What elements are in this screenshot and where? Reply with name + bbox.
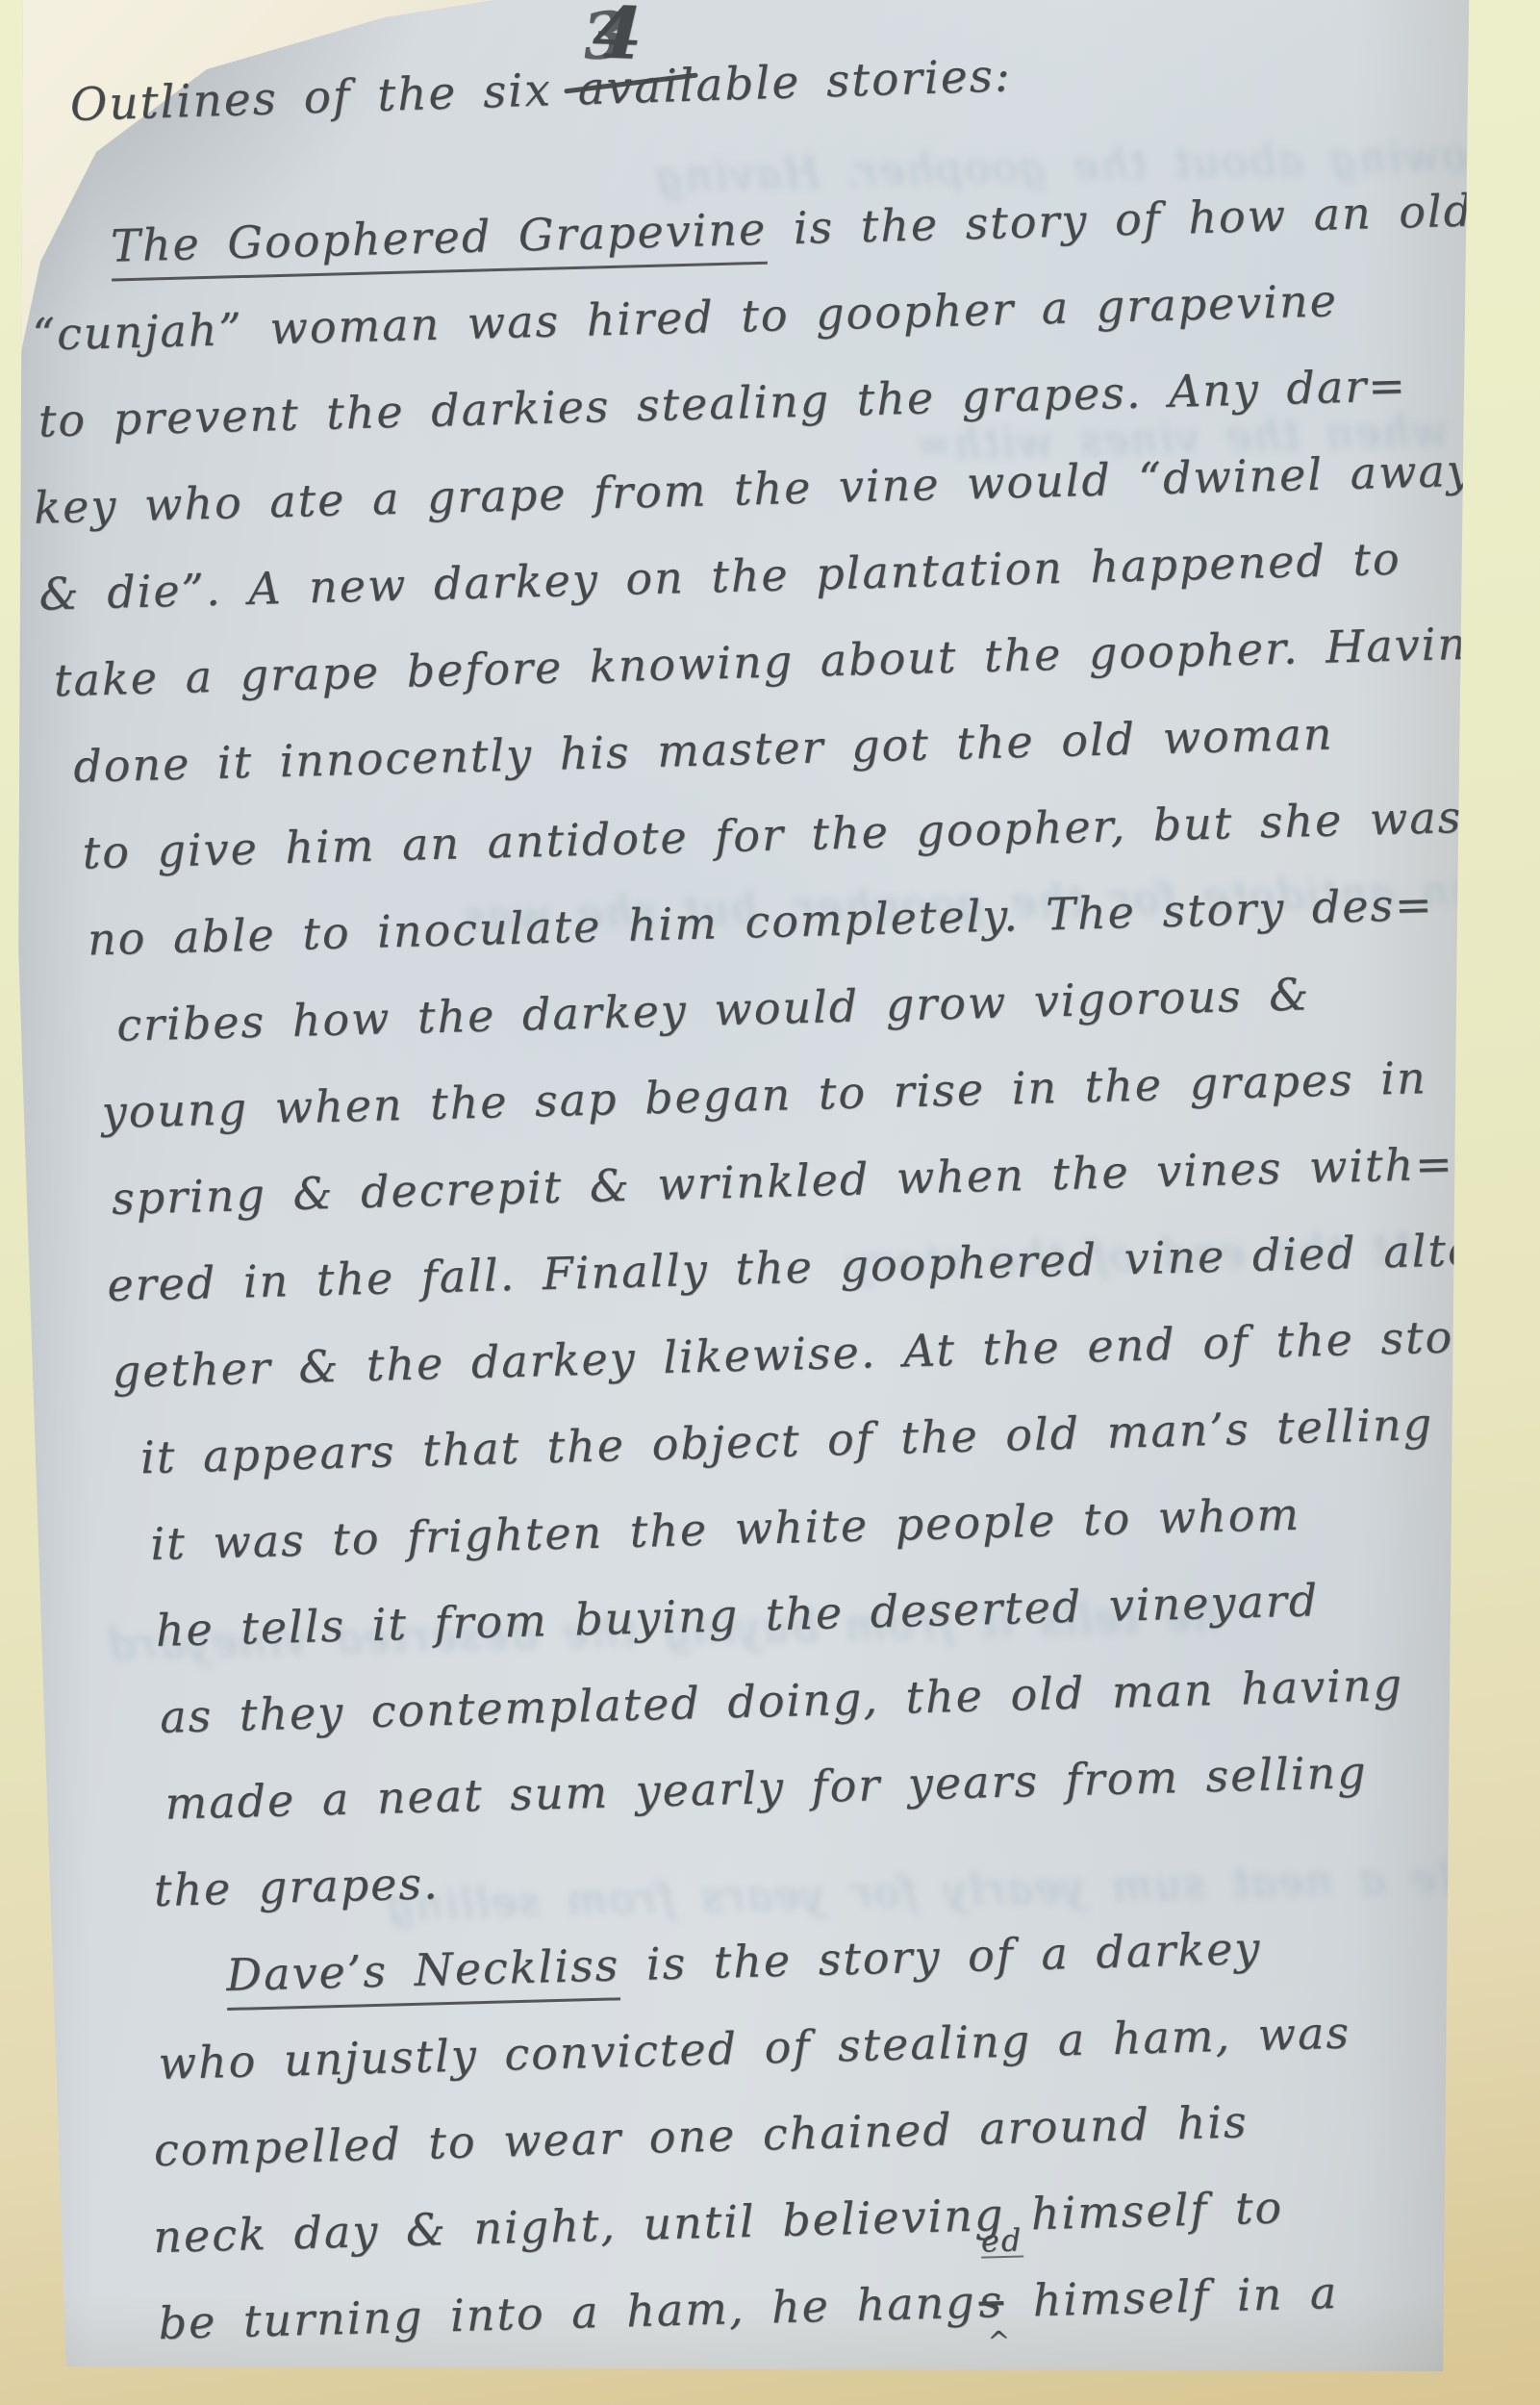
line-text: be turning into a ham, he hang (158, 2276, 976, 2349)
story-title: The Goophered Grapevine (110, 203, 768, 282)
photograph-background: take a grape before knowing about the go… (0, 0, 1540, 2405)
line-text: neck day & night, until believing himsel… (153, 2181, 1284, 2263)
line-text: “cunjah” woman was hired to goopher a gr… (32, 274, 1339, 361)
line-text: it was to frighten the white people to w… (150, 1488, 1301, 1570)
line-text: himself in a (1005, 2266, 1338, 2327)
manuscript-body: The Goophered Grapevine is the story of … (0, 165, 1540, 2369)
line-text: who unjustly convicted of stealing a ham… (158, 2006, 1351, 2089)
line-text: done it innocently his master got the ol… (73, 707, 1334, 792)
line-text: it appears that the object of the old ma… (139, 1398, 1433, 1483)
story-title: Dave’s Neckliss (226, 1938, 621, 2011)
line-text: the grapes. (153, 1857, 440, 1916)
line-text: is the story of a darkey (619, 1922, 1262, 1990)
line-text: made a neat sum yearly for years from se… (164, 1746, 1368, 1830)
inline-correction: eds^ (977, 2258, 1004, 2345)
line-text: is the story of how an old (766, 184, 1474, 254)
line-text: as they contemplated doing, the old man … (159, 1658, 1403, 1743)
caret-mark: ^ (988, 2337, 1013, 2347)
line-text: he tells it from buying the deserted vin… (155, 1574, 1320, 1657)
line-text: compelled to wear one chained around his (153, 2095, 1249, 2176)
struck-text: s (978, 2275, 1004, 2328)
inserted-text: ed (980, 2224, 1022, 2258)
manuscript-page: take a grape before knowing about the go… (0, 0, 1540, 2391)
line-text: cribes how the darkey would grow vigorou… (116, 968, 1311, 1051)
